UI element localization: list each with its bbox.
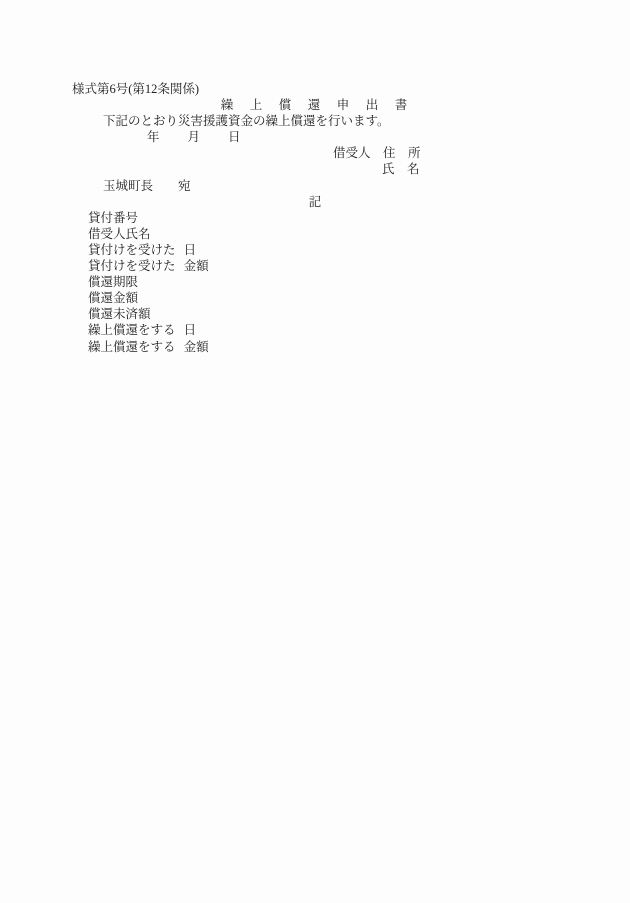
list-item-early-repayment-date: 繰上償還をする 日: [88, 322, 630, 338]
record-marker: 記: [0, 194, 630, 210]
list-item-loan-received-date: 貸付けを受けた 日: [88, 242, 630, 258]
form-number: 様式第6号(第12条関係): [72, 81, 630, 97]
list-item-repayment-deadline: 償還期限: [88, 274, 630, 290]
form-body: 様式第6号(第12条関係) 繰 上 償 還 申 出 書 下記のとおり災害援護資金…: [0, 0, 630, 355]
addressee-line: 玉城町長 宛: [103, 178, 630, 194]
list-item-early-repayment-amount: 繰上償還をする 金額: [88, 339, 630, 355]
document-page: 様式第6号(第12条関係) 繰 上 償 還 申 出 書 下記のとおり災害援護資金…: [0, 0, 630, 903]
borrower-address-line: 借受人 住 所: [333, 145, 630, 161]
list-item-loan-number: 貸付番号: [88, 210, 630, 226]
form-item-list: 貸付番号 借受人氏名 貸付けを受けた 日 貸付けを受けた 金額 償還期限 償還金…: [0, 210, 630, 355]
borrower-name-line: 氏 名: [382, 161, 630, 177]
list-item-repayment-amount: 償還金額: [88, 290, 630, 306]
list-item-loan-received-amount: 貸付けを受けた 金額: [88, 258, 630, 274]
list-item-repayment-outstanding-amount: 償還未済額: [88, 306, 630, 322]
document-title: 繰 上 償 還 申 出 書: [0, 97, 630, 113]
intro-statement: 下記のとおり災害援護資金の繰上償還を行います。: [103, 113, 630, 129]
date-line: 年 月 日: [147, 129, 630, 145]
list-item-borrower-name: 借受人氏名: [88, 226, 630, 242]
